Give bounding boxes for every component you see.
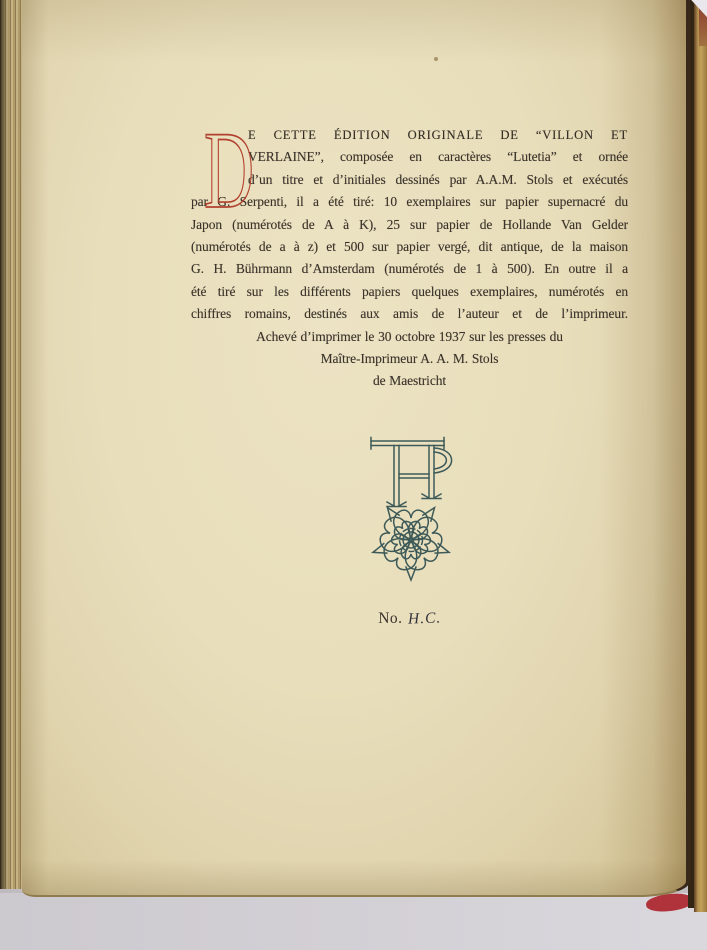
colophon-line: d’un titre et d’initiales dessinés par A… [248, 169, 628, 191]
colophon-line: G. H. Bührmann d’Amsterdam (numérotés de… [191, 258, 628, 280]
imprint-line: Maître-Imprimeur A. A. M. Stols [191, 348, 628, 370]
colophon-line: par G. Serpenti, il a été tiré: 10 exemp… [191, 191, 628, 213]
stacked-page-edges-left [0, 0, 24, 889]
book-photo-scene: D E CETTE ÉDITION ORIGINALE DE “VILLON E… [0, 0, 707, 950]
colophon-line: E CETTE ÉDITION ORIGINALE DE “VILLON ET [248, 124, 628, 146]
table-surface [0, 893, 707, 950]
copy-number-value-handwritten: H.C. [407, 609, 441, 628]
thp-monogram-icon [371, 438, 452, 507]
drop-cap-letter: D [204, 128, 254, 212]
colophon-line: été tiré sur les différents papiers quel… [191, 281, 628, 303]
colophon-page: D E CETTE ÉDITION ORIGINALE DE “VILLON E… [22, 0, 690, 897]
imprint-line: Achevé d’imprimer le 30 octobre 1937 sur… [191, 326, 628, 348]
rose-icon [371, 505, 450, 580]
copy-number: No.H.C. [191, 610, 628, 628]
colophon-text-block: E CETTE ÉDITION ORIGINALE DE “VILLON ET … [191, 124, 628, 393]
colophon-line: (numérotés de a à z) et 500 sur papier v… [191, 236, 628, 258]
copy-number-label: No. [378, 610, 402, 627]
book-fore-edge-right [694, 0, 707, 912]
drop-cap-initial-d: D [203, 128, 255, 212]
paper-speck [434, 57, 438, 61]
imprint-line: de Maestricht [191, 370, 628, 392]
colophon-line: Japon (numérotés de A à K), 25 sur papie… [191, 214, 628, 236]
printers-device-icon [360, 436, 462, 582]
colophon-line: chiffres romains, destinés aux amis de l… [191, 303, 628, 325]
colophon-line: VERLAINE”, composée en caractères “Lutet… [248, 146, 628, 168]
